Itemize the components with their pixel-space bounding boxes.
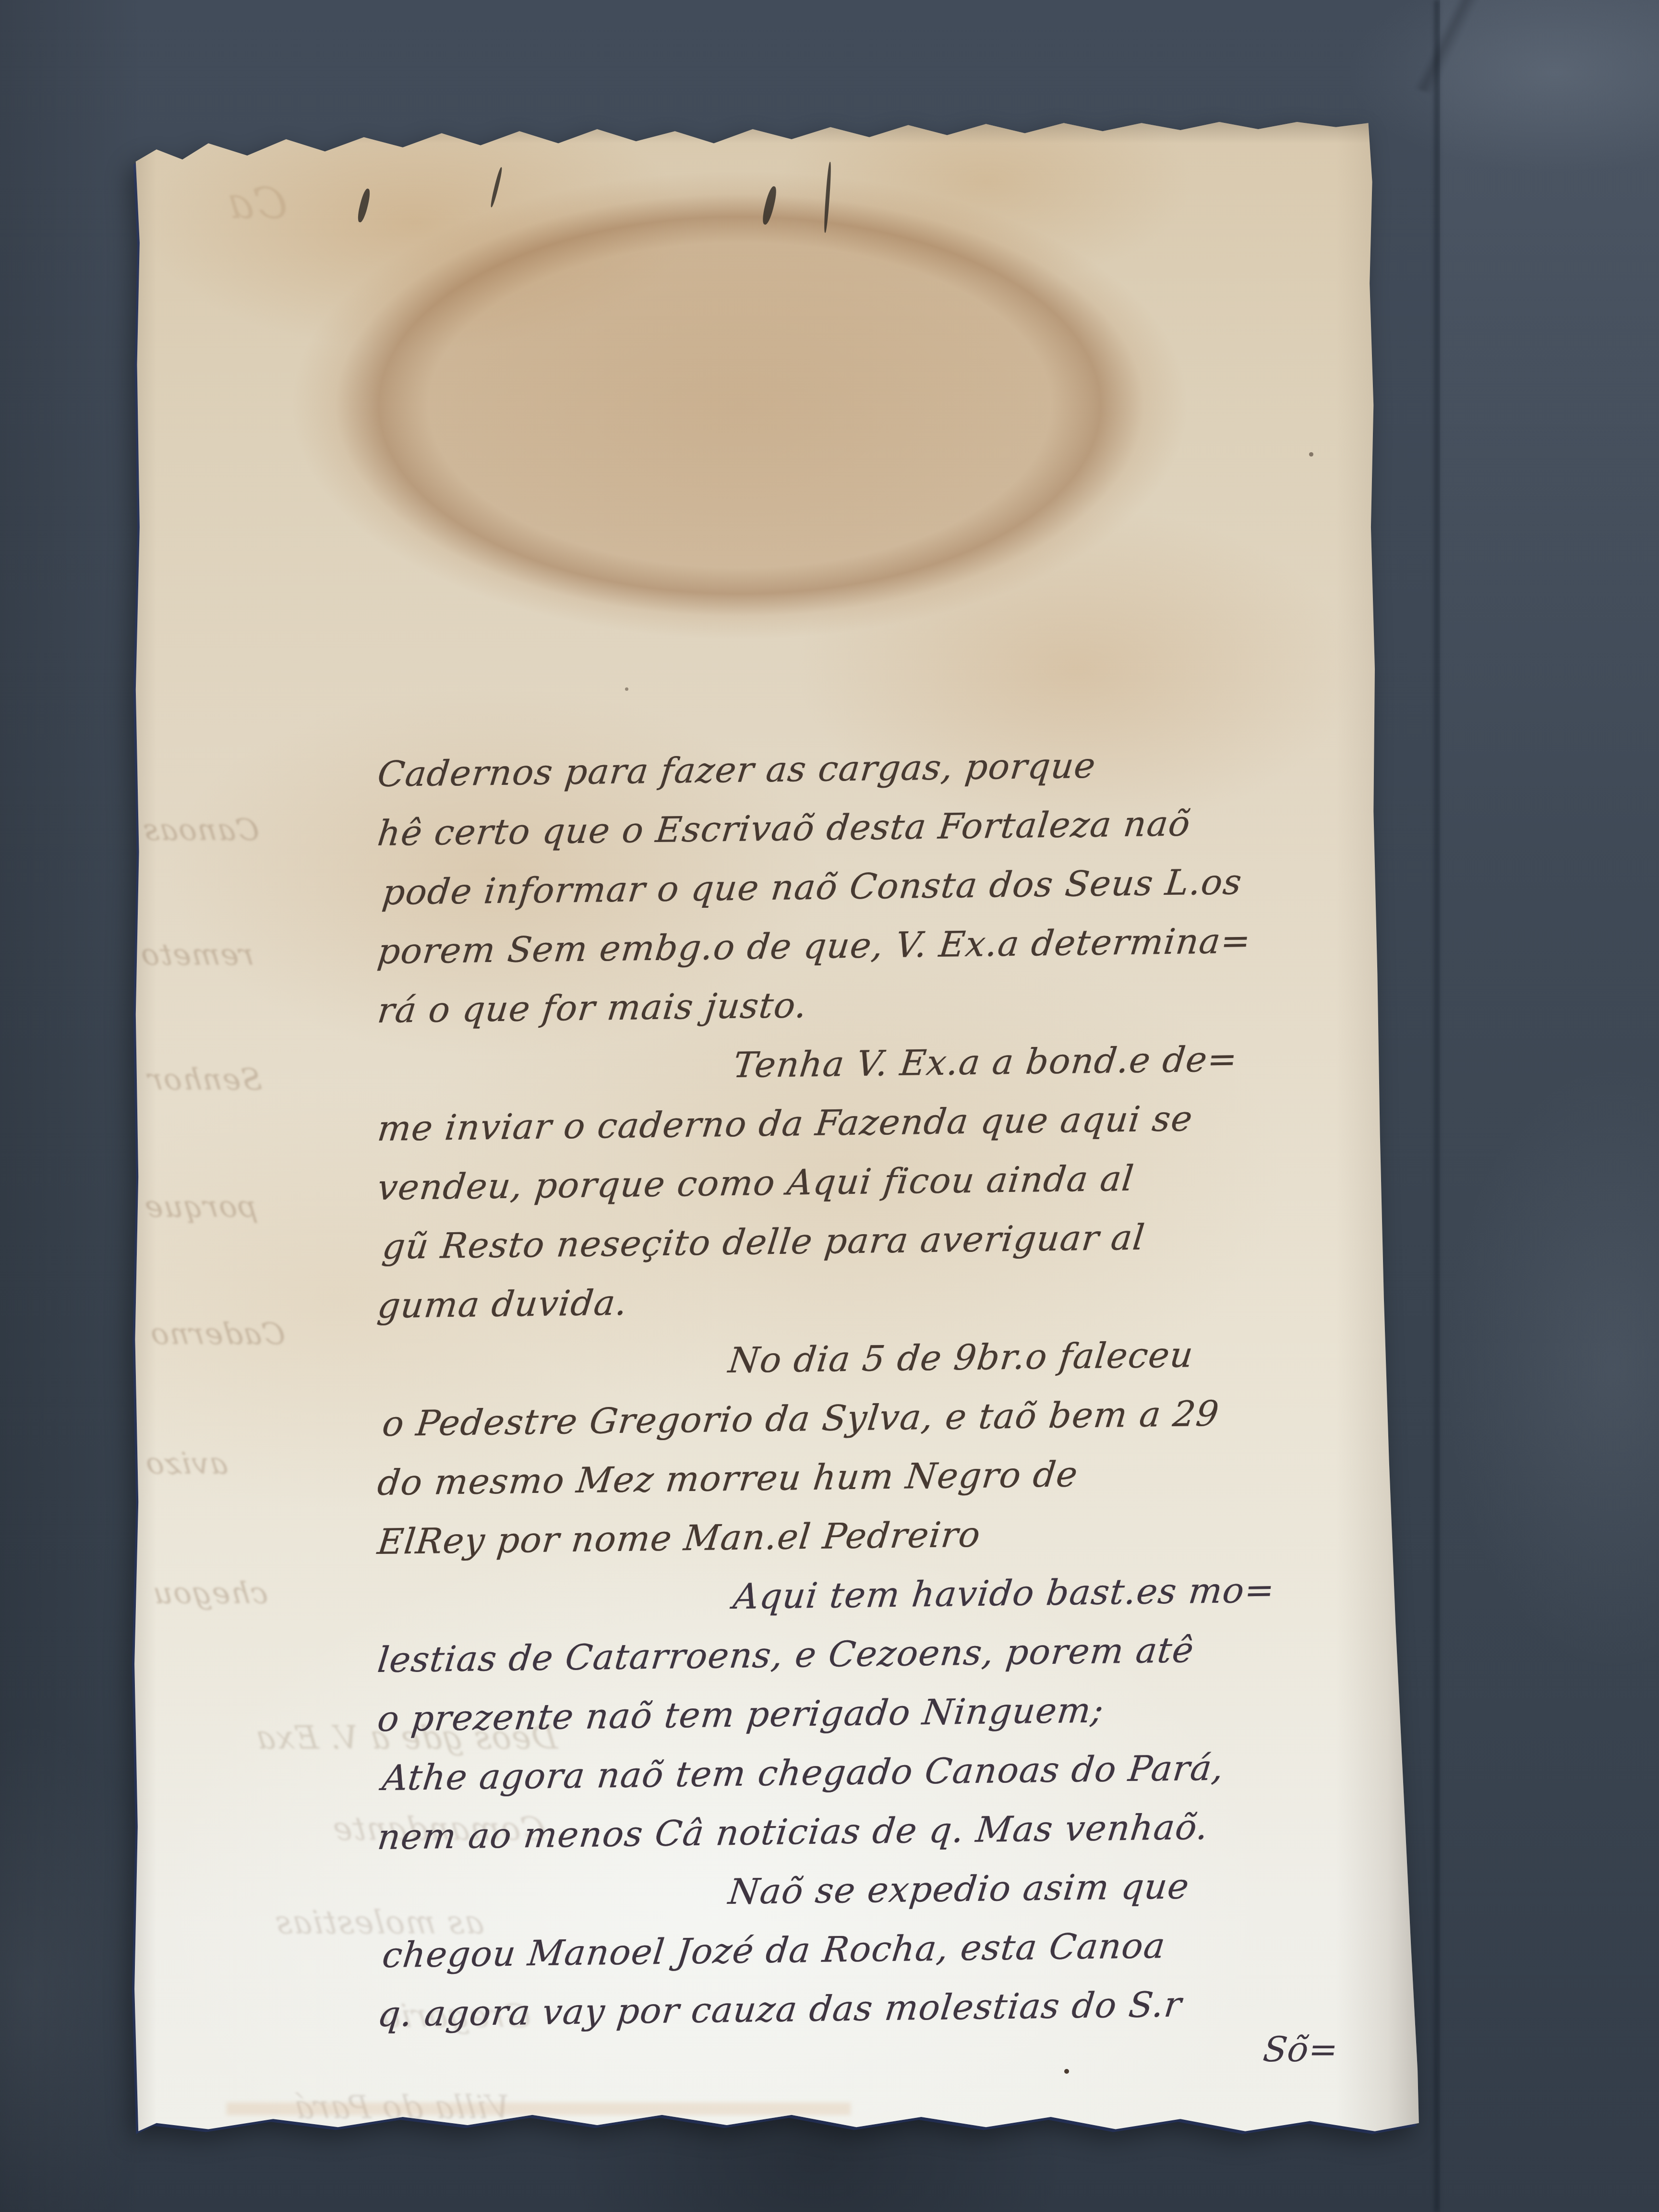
ghost-text-fragment: avizo xyxy=(143,1446,229,1481)
catchword: Sõ= xyxy=(1261,2029,1341,2069)
ghost-text-fragment: Ca xyxy=(224,179,290,229)
ink-speck xyxy=(1064,2069,1069,2074)
ghost-text-fragment: chegou xyxy=(150,1575,269,1611)
paper-tear xyxy=(823,162,832,233)
ink-speck xyxy=(625,687,628,691)
photographed-manuscript-scene: CanoasremetoSenhorporqueCadernoavizocheg… xyxy=(0,0,1659,2212)
ghost-text-fragment: Senhor xyxy=(145,1062,264,1097)
ink-speck xyxy=(1309,452,1313,457)
ghost-text-fragment: porque xyxy=(142,1189,259,1224)
ghost-text-fragment: Caderno xyxy=(148,1316,287,1351)
paper-tear xyxy=(490,167,504,207)
ghost-text-fragment: remeto xyxy=(138,937,255,972)
handwriting-lines: Cadernos para fazer as cargas, porquehê … xyxy=(378,745,1415,2044)
paper-tear xyxy=(356,188,372,223)
paper-tear xyxy=(760,185,778,226)
stain-band xyxy=(227,2103,851,2115)
paper-shadow-wrap: CanoasremetoSenhorporqueCadernoavizocheg… xyxy=(0,0,1659,2212)
handwriting-line: q. agora vay por cauza das molestias do … xyxy=(374,1972,1419,2044)
ghost-text-fragment: Canoas xyxy=(141,812,261,847)
manuscript-paper: CanoasremetoSenhorporqueCadernoavizocheg… xyxy=(131,121,1427,2152)
